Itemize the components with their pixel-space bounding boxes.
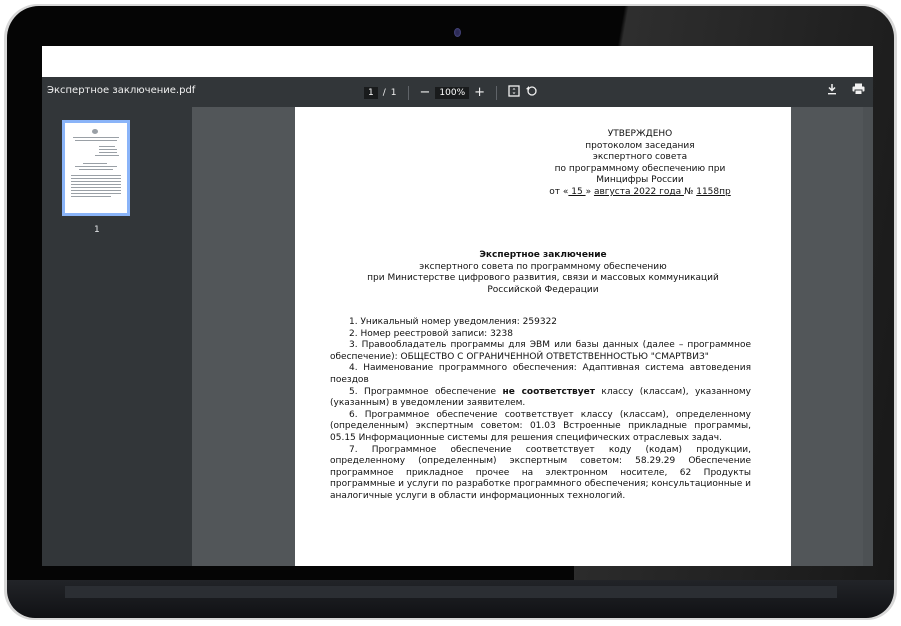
approved-line: экспертного совета <box>530 152 750 164</box>
toolbar-actions <box>826 83 865 99</box>
total-pages: 1 <box>391 88 397 98</box>
page-thumbnail[interactable] <box>62 120 130 216</box>
minus-icon[interactable]: − <box>420 86 431 100</box>
approval-block: УТВЕРЖДЕНО протоколом заседания экспертн… <box>530 129 750 199</box>
approved-line: протоколом заседания <box>530 141 750 153</box>
thumbnail-preview <box>65 123 127 213</box>
list-item: 5. Программное обеспечение не соответств… <box>330 387 751 410</box>
document-heading: Экспертное заключение экспертного совета… <box>295 250 791 296</box>
list-item: 6. Программное обеспечение соответствует… <box>330 410 751 445</box>
fit-to-page-icon[interactable] <box>508 85 520 101</box>
page-separator: / <box>383 88 386 98</box>
document-body: 1. Уникальный номер уведомления: 259322 … <box>330 317 751 503</box>
document-viewer[interactable]: УТВЕРЖДЕНО протоколом заседания экспертн… <box>192 107 873 566</box>
screen: Экспертное заключение.pdf 1 / 1 − 100% + <box>42 46 873 566</box>
heading-line: при Министерстве цифрового развития, свя… <box>295 273 791 285</box>
webcam-icon <box>454 28 461 37</box>
laptop-frame: Экспертное заключение.pdf 1 / 1 − 100% + <box>4 4 897 620</box>
list-item: 3. Правообладатель программы для ЭВМ или… <box>330 340 751 363</box>
heading-line: Российской Федерации <box>295 285 791 297</box>
download-icon[interactable] <box>826 83 838 99</box>
laptop-hinge <box>65 586 837 598</box>
list-item: 7. Программное обеспечение соответствует… <box>330 445 751 503</box>
number-prefix: № <box>684 187 696 197</box>
heading-line: экспертного совета по программному обесп… <box>295 262 791 274</box>
protocol-number: 1158пр <box>696 187 731 197</box>
print-icon[interactable] <box>852 83 865 99</box>
rotate-icon[interactable] <box>525 84 538 101</box>
approval-month-year: августа 2022 года <box>594 187 684 197</box>
item5-text: 5. Программное обеспечение <box>349 387 503 397</box>
approval-day: 15 <box>568 187 585 197</box>
toolbar-divider <box>496 86 497 100</box>
approved-line: Минцифры России <box>530 175 750 187</box>
current-page-input[interactable]: 1 <box>364 87 378 99</box>
heading-title: Экспертное заключение <box>479 250 606 260</box>
pdf-page: УТВЕРЖДЕНО протоколом заседания экспертн… <box>295 107 791 566</box>
thumbnail-page-number: 1 <box>94 225 100 235</box>
laptop-base <box>7 580 894 618</box>
approval-date-line: от « 15 » августа 2022 года № 1158пр <box>530 187 750 199</box>
item5-bold: не соответствует <box>503 387 595 397</box>
viewer-scroll-gutter <box>863 107 873 566</box>
list-item: 4. Наименование программного обеспечения… <box>330 363 751 386</box>
document-title: Экспертное заключение.pdf <box>47 85 195 96</box>
screen-bezel: Экспертное заключение.pdf 1 / 1 − 100% + <box>7 6 894 584</box>
approved-title: УТВЕРЖДЕНО <box>530 129 750 141</box>
list-item: 1. Уникальный номер уведомления: 259322 <box>330 317 751 329</box>
page-controls: 1 / 1 − 100% + <box>364 84 538 101</box>
date-prefix: от « <box>549 187 568 197</box>
list-item: 2. Номер реестровой записи: 3238 <box>330 329 751 341</box>
approved-line: по программному обеспечению при <box>530 164 750 176</box>
plus-icon[interactable]: + <box>474 86 485 100</box>
date-mid: » <box>586 187 594 197</box>
pdf-toolbar: Экспертное заключение.pdf 1 / 1 − 100% + <box>42 77 873 107</box>
browser-top-area <box>42 46 873 77</box>
zoom-level-input[interactable]: 100% <box>435 87 469 99</box>
toolbar-divider <box>408 86 409 100</box>
thumbnail-sidebar: 1 <box>42 107 192 566</box>
